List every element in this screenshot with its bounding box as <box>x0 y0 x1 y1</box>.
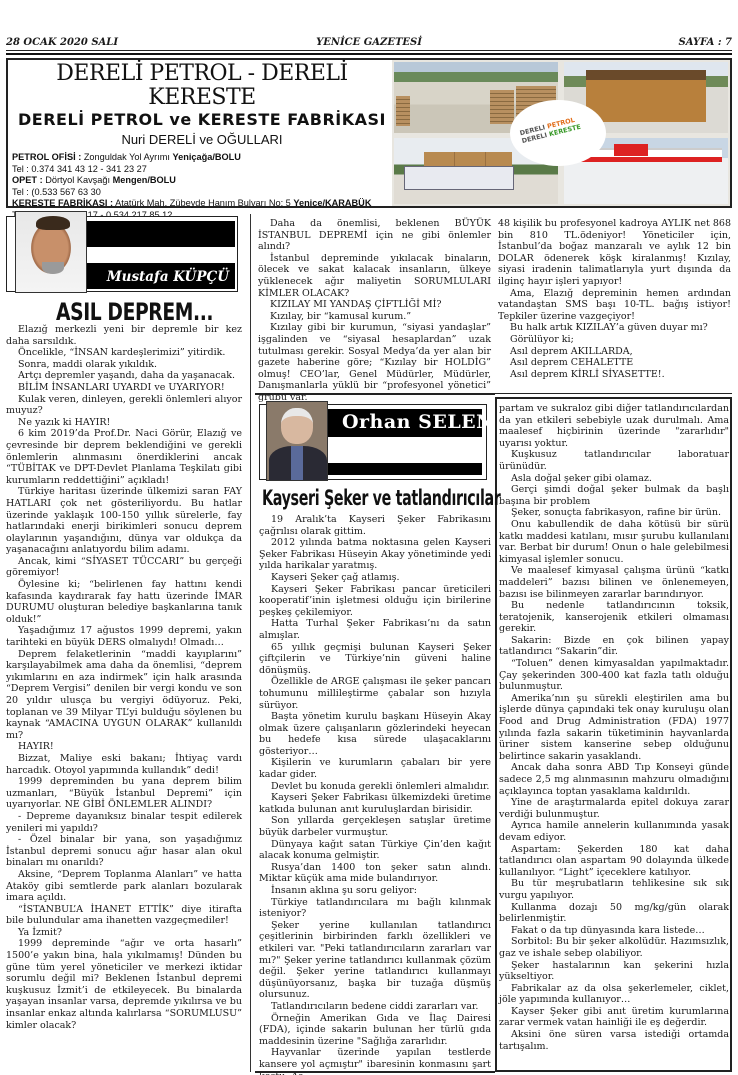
paragraph: Sorbitol: Bu bir şeker alkolüdür. Hazıms… <box>499 936 729 959</box>
author-photo <box>15 211 87 293</box>
ad-photo-collage: DERELI PETROL DERELI KERESTE <box>392 60 730 206</box>
paragraph: Gerçi şimdi doğal şeker bulmak da başlı … <box>499 484 729 507</box>
paragraph: Ya İzmit? <box>6 927 242 939</box>
paragraph: Kızılay gibi bir kurumun, “siyasi yandaş… <box>258 322 491 403</box>
page-number: SAYFA : 7 <box>678 37 732 48</box>
paragraph: Aspartam: Şekerden 180 kat daha tatlandı… <box>499 844 729 879</box>
paragraph: Sonra, maddi olarak yıkıldık. <box>6 359 242 371</box>
paragraph: İstanbul depreminde yıkılacak binaların,… <box>258 253 491 299</box>
paragraph: Aksini öne süren varsa istediği ortamda … <box>499 1029 729 1052</box>
paragraph: Aksine, “Deprem Toplanma Alanları” ve ha… <box>6 869 242 904</box>
paragraph: Elazığ merkezli yeni bir depremle bir ke… <box>6 324 242 347</box>
article2-column-2: partam ve sukraloz gibi diğer tatlandırı… <box>499 403 729 1052</box>
paragraph: Kayseri Şeker çağ atlamış. <box>259 572 491 584</box>
paragraph: Şeker, sonuçta fabrikasyon, rafine bir ü… <box>499 507 729 519</box>
ad-phone-line: Tel : 0.374 341 43 12 - 341 23 27 <box>12 164 392 176</box>
paragraph: Ama, Elazığ depreminin hemen ardından va… <box>498 288 731 323</box>
author-name: Mustafa KÜPÇÜ <box>107 269 229 285</box>
paragraph: 1999 depreminden bu yana deprem bilim uz… <box>6 776 242 811</box>
article2-headline: Kayseri Şeker ve tatlandırıcılar <box>262 486 501 510</box>
paragraph: Ne yazık ki HAYIR! <box>6 417 242 429</box>
paragraph: Şeker yerine kullanılan tatlandırıcı çeş… <box>259 920 491 1001</box>
article1-column-1: Elazığ merkezli yeni bir depremle bir ke… <box>6 324 242 1031</box>
ad-owner: Nuri DERELİ ve OĞULLARI <box>12 130 392 150</box>
paragraph: Kızılay, bir “kamusal kurum.” <box>258 311 491 323</box>
paragraph: 19 Aralık’ta Kayseri Şeker Fabrikasını ç… <box>259 514 491 537</box>
paragraph: 48 kişilik bu profesyonel kadroya AYLIK … <box>498 218 731 288</box>
paragraph: Daha da önemlisi, beklenen BÜYÜK İSTANBU… <box>258 218 491 253</box>
paragraph: Bu nedenle tatlandırıcının toksik, terat… <box>499 600 729 635</box>
article1-headline: ASIL DEPREM... <box>56 298 213 326</box>
paragraph: Kişilerin ve kurumların çabaları bir yer… <box>259 757 491 780</box>
paragraph: Kayseri Şeker Fabrikası ülkemizdeki üret… <box>259 792 491 815</box>
paragraph: Öylesine ki; “belirlenen fay hattını ken… <box>6 579 242 625</box>
paragraph: Devlet bu konuda gerekli önlemleri almal… <box>259 781 491 793</box>
paragraph: Kuşkusuz tatlandırıcılar laboratuar ürün… <box>499 449 729 472</box>
paragraph: - Depreme dayanıksız binalar tespit edil… <box>6 811 242 834</box>
paragraph: Bu tür meşrubatların tehlikesine sık sık… <box>499 878 729 901</box>
paragraph: Şeker hastalarının kan şekerini hızla yü… <box>499 960 729 983</box>
paragraph: Yaşadığımız 17 ağustos 1999 depremi, yak… <box>6 625 242 648</box>
paragraph: “İSTANBUL’A İHANET ETTİK” diye itirafta … <box>6 904 242 927</box>
paragraph: Görülüyor ki; <box>498 334 731 346</box>
paragraph: Asla doğal şeker gibi olamaz. <box>499 473 729 485</box>
author-photo <box>266 401 328 481</box>
ad-phone-line: Tel : (0.533 567 63 30 <box>12 187 392 199</box>
paragraph: İnsanın aklına şu soru geliyor: <box>259 885 491 897</box>
masthead-rule <box>6 50 732 51</box>
advertisement-dereli: DERELİ PETROL - DERELİ KERESTE DERELİ PE… <box>6 58 732 208</box>
paragraph: Onu kabullendik de daha kötüsü bir sürü … <box>499 519 729 565</box>
paragraph: Artçı depremler yaşandı, daha da yaşanac… <box>6 370 242 382</box>
masthead-rule-thick <box>6 53 732 55</box>
paragraph: Tatlandırıcıların bedene ciddi zararları… <box>259 1001 491 1013</box>
paragraph: Ve maalesef kimyasal çalışma ürünü “katk… <box>499 565 729 600</box>
paragraph: Dünyaya kağıt satan Türkiye Çin’den kağı… <box>259 839 491 862</box>
paragraph: Fabrikalar az da olsa şekerlemeler, cikl… <box>499 983 729 1006</box>
paragraph: Son yıllarda gerçekleşen satışlar üretim… <box>259 815 491 838</box>
ad-title: DERELİ PETROL - DERELİ KERESTE <box>12 62 392 110</box>
paragraph: Türkiye tatlandırıcılara mı bağlı kılınm… <box>259 897 491 920</box>
paragraph: Kayseri Şeker Fabrikası pancar üreticile… <box>259 584 491 619</box>
author-header-kupcu: Mustafa KÜPÇÜ <box>6 216 238 292</box>
article-divider <box>495 393 732 394</box>
paragraph: 1999 depreminde “ağır ve orta hasarlı” 1… <box>6 938 242 1031</box>
paragraph: Deprem felaketlerinin “maddi kayıplarını… <box>6 649 242 742</box>
ad-text-block: DERELİ PETROL - DERELİ KERESTE DERELİ PE… <box>12 62 392 221</box>
author-header-selen: Orhan SELEN <box>259 404 487 480</box>
paragraph: Bizzat, Maliye eski bakanı; İhtiyaç vard… <box>6 753 242 776</box>
paragraph: Başta yönetim kurulu başkanı Hüseyin Aka… <box>259 711 491 757</box>
paragraph: Kullanma dozajı 50 mg/kg/gün olarak beli… <box>499 902 729 925</box>
ad-subtitle: DERELİ PETROL ve KERESTE FABRİKASI <box>12 110 392 130</box>
paragraph: Öncelikle, “İNSAN kardeşlerimizi” yitird… <box>6 347 242 359</box>
ad-address-line: KERESTE FABRİKASI : Atatürk Mah. Zübeyde… <box>12 198 392 210</box>
paragraph: Örneğin Amerikan Gıda ve İlaç Dairesi (F… <box>259 1013 491 1048</box>
paragraph: KIZILAY MI YANDAŞ ÇİFTLİĞİ Mİ? <box>258 299 491 311</box>
newspaper-name: YENİCE GAZETESİ <box>6 37 732 48</box>
article2-column-1: 19 Aralık’ta Kayseri Şeker Fabrikasını ç… <box>259 514 491 1075</box>
author-name: Orhan SELEN <box>342 411 494 433</box>
paragraph: Özellikle de ARGE çalışması ile şeker pa… <box>259 676 491 711</box>
ad-address-line: PETROL OFİSİ : Zonguldak Yol Ayrımı Yeni… <box>12 152 392 164</box>
paragraph: partam ve sukraloz gibi diğer tatlandırı… <box>499 403 729 449</box>
article1-column-2: Daha da önemlisi, beklenen BÜYÜK İSTANBU… <box>258 218 491 404</box>
article-divider <box>255 393 495 395</box>
paragraph: Sakarin: Bizde en çok bilinen yapay tatl… <box>499 635 729 658</box>
paragraph: Kayser Şeker gibi anıt üretim kurumların… <box>499 1006 729 1029</box>
paragraph: Amerika’nın şu sürekli eleştirilen ama b… <box>499 693 729 763</box>
paragraph: Bu halk artık KIZILAY’a güven duyar mı? <box>498 322 731 334</box>
paragraph: Hatta Turhal Şeker Fabrikası’nı da satın… <box>259 618 491 641</box>
paragraph: BİLİM İNSANLARI UYARDI ve UYARIYOR! <box>6 382 242 394</box>
column-divider <box>250 214 251 1072</box>
paragraph: Ancak daha sonra ABD Tıp Konseyi günde s… <box>499 762 729 797</box>
bottom-rule <box>255 1071 495 1073</box>
paragraph: Kulak veren, dinleyen, gerekli önlemleri… <box>6 394 242 417</box>
paragraph: - Özel binalar bir yana, son yaşadığımız… <box>6 834 242 869</box>
article1-column-3: 48 kişilik bu profesyonel kadroya AYLIK … <box>498 218 731 380</box>
ad-address-line: OPET : Dörtyol Kavşağı Mengen/BOLU <box>12 175 392 187</box>
paragraph: Asıl deprem AKILLARDA, <box>498 346 731 358</box>
paragraph: 2012 yılında batma noktasına gelen Kayse… <box>259 537 491 572</box>
paragraph: Asıl deprem CEHALETTE <box>498 357 731 369</box>
paragraph: Rusya’dan 1400 ton şeker satın alındı. M… <box>259 862 491 885</box>
paragraph: Ancak, kimi “SİYASET TÜCCARI” bu gerçeği… <box>6 556 242 579</box>
masthead: 28 OCAK 2020 SALI YENİCE GAZETESİ SAYFA … <box>6 37 732 51</box>
paragraph: Türkiye haritası üzerinde ülkemizi saran… <box>6 486 242 556</box>
paragraph: HAYIR! <box>6 741 242 753</box>
paragraph: Yine de araştırmalarda epitel dokuya zar… <box>499 797 729 820</box>
paragraph: 6 kim 2019’da Prof.Dr. Naci Görür, Elazı… <box>6 428 242 486</box>
paragraph: “Toluen” denen kimyasaldan yapılmaktadır… <box>499 658 729 693</box>
paragraph: Fakat o da tıp dünyasında kara listede… <box>499 925 729 937</box>
paragraph: 65 yıllık geçmişi bulunan Kayseri Şeker … <box>259 642 491 677</box>
paragraph: Ayrıca hamile annelerin kullanımında yas… <box>499 820 729 843</box>
paragraph: Asıl deprem KİRLİ SİYASETTE!. <box>498 369 731 381</box>
